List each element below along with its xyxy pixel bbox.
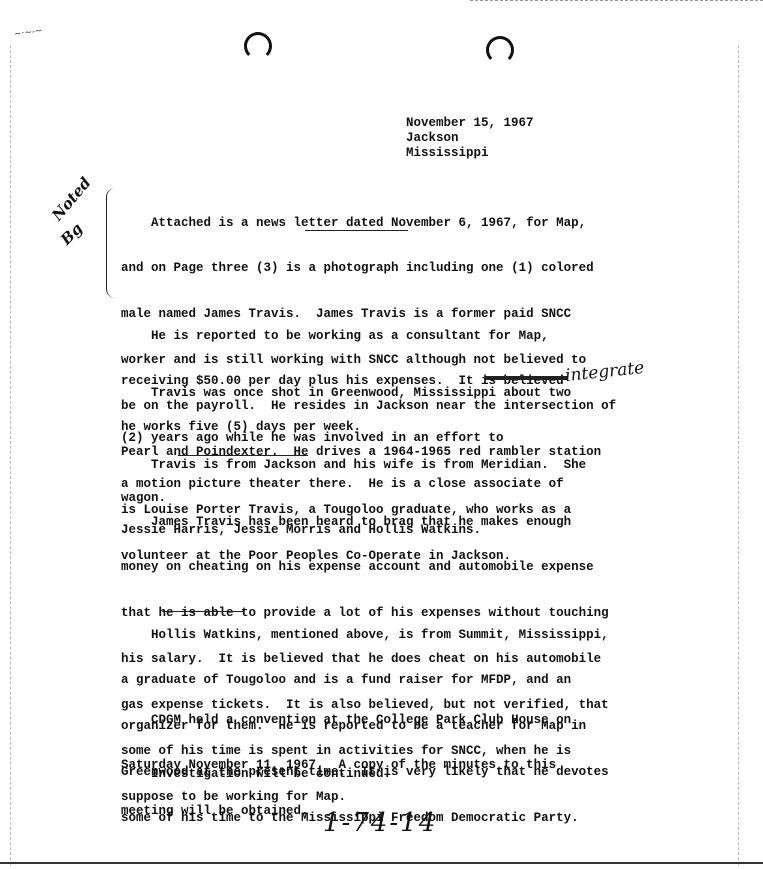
- paragraph-8: Investigation will be continued.: [121, 736, 601, 812]
- text-line: James Travis has been heard to brag that…: [121, 515, 601, 530]
- underline-hollis-watkins: [162, 611, 244, 612]
- top-edge-rule: [470, 0, 763, 1]
- text-line: Attached is a news letter dated November…: [121, 216, 601, 231]
- header-state: Mississippi: [406, 146, 534, 161]
- text-line: and on Page three (3) is a photograph in…: [121, 261, 601, 276]
- document-header: November 15, 1967 Jackson Mississippi: [406, 116, 534, 161]
- underline-james-travis: [305, 230, 408, 231]
- strikethrough-word: [484, 376, 568, 380]
- left-margin-rule: [10, 45, 11, 865]
- document-page: ~·~-~ November 15, 1967 Jackson Mississi…: [0, 0, 763, 869]
- text-line: money on cheating on his expense account…: [121, 560, 601, 575]
- bottom-edge-rule: [0, 862, 763, 864]
- handwritten-file-number: 1-74-14: [323, 808, 437, 838]
- text-line: CDGM held a convention at the College Pa…: [121, 713, 601, 728]
- punch-hole-mark-right: [486, 36, 514, 64]
- text-line: Investigation will be continued.: [121, 767, 601, 782]
- punch-hole-mark-left: [244, 32, 272, 60]
- text-line: Hollis Watkins, mentioned above, is from…: [121, 628, 601, 643]
- header-city: Jackson: [406, 131, 534, 146]
- text-line: Travis was once shot in Greenwood, Missi…: [121, 386, 601, 401]
- text-line: He is reported to be working as a consul…: [121, 329, 601, 344]
- margin-handwritten-initials: Noted: [48, 174, 94, 224]
- header-date: November 15, 1967: [406, 116, 534, 131]
- underline-louise-porter-travis: [178, 455, 308, 456]
- right-margin-rule: [738, 45, 739, 865]
- top-left-scribble: ~·~-~: [13, 26, 43, 40]
- text-line: Travis is from Jackson and his wife is f…: [121, 458, 601, 473]
- margin-brace-mark: [106, 188, 115, 298]
